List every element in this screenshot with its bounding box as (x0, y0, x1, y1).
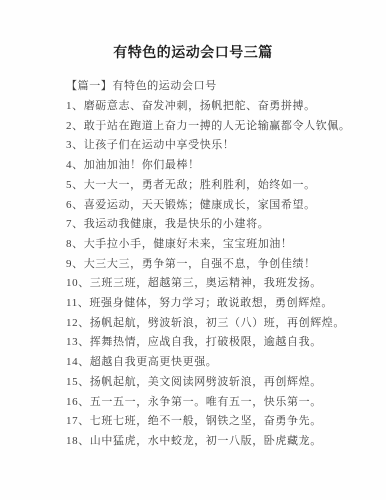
slogan-line: 13、挥舞热情，应战自我，打破极限，逾越自我。 (66, 333, 346, 353)
slogan-line: 16、五一五一，永争第一。唯有五一，快乐第一。 (66, 393, 346, 413)
slogan-line: 7、我运动我健康，我是快乐的小建将。 (66, 215, 346, 235)
section-heading: 【篇一】有特色的运动会口号 (66, 76, 346, 96)
slogan-line: 14、超越自我更高更快更强。 (66, 353, 346, 373)
document-content: 【篇一】有特色的运动会口号 1、磨砺意志、奋发冲刺，扬帆把舵、奋勇拼搏。2、敢于… (0, 76, 386, 452)
slogan-line: 12、扬帆起航，劈波斩浪，初三（八）班，再创辉煌。 (66, 314, 346, 334)
slogan-line: 9、大三大三，勇争第一，自强不息，争创佳绩！ (66, 255, 346, 275)
slogan-line: 4、加油加油！你们最棒！ (66, 156, 346, 176)
slogan-line: 5、大一大一，勇者无敌；胜利胜利，始终如一。 (66, 176, 346, 196)
slogan-line: 3、让孩子们在运动中享受快乐！ (66, 136, 346, 156)
slogan-line: 11、班强身健体，努力学习；敢说敢想，勇创辉煌。 (66, 294, 346, 314)
slogan-line: 2、敢于站在跑道上奋力一搏的人无论输赢都令人钦佩。 (66, 117, 346, 137)
slogan-line: 1、磨砺意志、奋发冲刺，扬帆把舵、奋勇拼搏。 (66, 97, 346, 117)
slogan-line: 8、大手拉小手，健康好未来，宝宝班加油！ (66, 235, 346, 255)
slogan-line: 18、山中猛虎，水中蛟龙，初一八版，卧虎藏龙。 (66, 432, 346, 452)
page-title: 有特色的运动会口号三篇 (0, 44, 386, 62)
slogan-list: 1、磨砺意志、奋发冲刺，扬帆把舵、奋勇拼搏。2、敢于站在跑道上奋力一搏的人无论输… (66, 97, 346, 452)
document-page: 有特色的运动会口号三篇 【篇一】有特色的运动会口号 1、磨砺意志、奋发冲刺，扬帆… (0, 0, 386, 500)
slogan-line: 17、七班七班，绝不一般，钢铁之坚，奋勇争先。 (66, 412, 346, 432)
slogan-line: 6、喜爱运动，天天锻炼；健康成长，家国希望。 (66, 196, 346, 216)
slogan-line: 10、三班三班，超越第三，奥运精神，我班发扬。 (66, 274, 346, 294)
slogan-line: 15、扬帆起航，美文阅读网劈波斩浪，再创辉煌。 (66, 373, 346, 393)
